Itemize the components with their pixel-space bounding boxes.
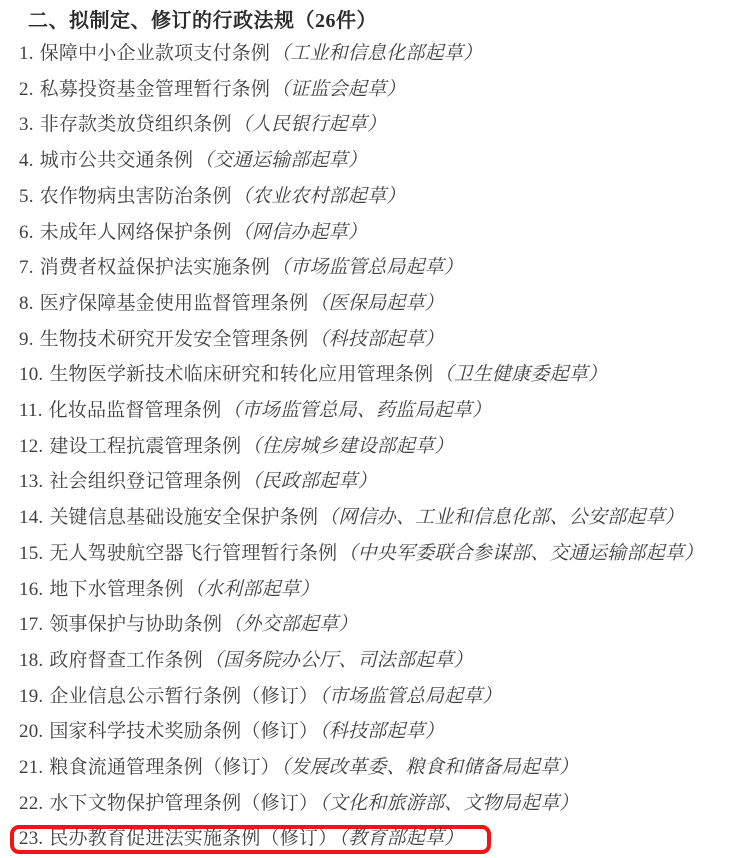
item-number: 12. (19, 429, 43, 465)
list-item: 6.未成年人网络保护条例（网信办起草） (19, 215, 749, 251)
item-name: 生物技术研究开发安全管理条例 (40, 329, 309, 350)
list-item: 23.民办教育促进法实施条例（修订）（教育部起草） (19, 821, 749, 857)
item-name: 建设工程抗震管理条例 (49, 436, 241, 457)
item-agency: （市场监管总局起草） (319, 686, 502, 707)
list-item: 9.生物技术研究开发安全管理条例（科技部起草） (19, 322, 749, 358)
item-number: 6. (19, 215, 34, 251)
item-agency: （卫生健康委起草） (434, 364, 607, 385)
item-number: 23. (19, 829, 43, 849)
item-name: 关键信息基础设施安全保护条例 (49, 507, 318, 528)
list-item-content: 9.生物技术研究开发安全管理条例（科技部起草） (19, 329, 444, 350)
item-agency: （科技部起草） (309, 329, 443, 350)
item-number: 19. (19, 679, 43, 715)
item-number: 10. (19, 357, 43, 393)
item-agency: （国务院办公厅、司法部起草） (204, 650, 473, 671)
regulation-list: 1.保障中小企业款项支付条例（工业和信息化部起草） 2.私募投资基金管理暂行条例… (0, 36, 749, 857)
list-item: 10.生物医学新技术临床研究和转化应用管理条例（卫生健康委起草） (19, 357, 749, 393)
item-agency: （水利部起草） (185, 579, 319, 600)
item-name: 保障中小企业款项支付条例 (40, 43, 270, 64)
item-number: 7. (19, 250, 34, 286)
list-item-content: 15.无人驾驶航空器飞行管理暂行条例（中央军委联合参谋部、交通运输部起草） (19, 543, 703, 564)
item-number: 9. (19, 322, 34, 358)
list-item-content: 3.非存款类放贷组织条例（人民银行起草） (19, 114, 386, 135)
list-item-content: 13.社会组织登记管理条例（民政部起草） (19, 471, 377, 492)
list-item-content: 8.医疗保障基金使用监督管理条例（医保局起草） (19, 293, 444, 314)
list-item: 15.无人驾驶航空器飞行管理暂行条例（中央军委联合参谋部、交通运输部起草） (19, 536, 749, 572)
item-agency: （市场监管总局、药监局起草） (222, 400, 491, 421)
item-number: 21. (19, 750, 43, 786)
item-agency: （人民银行起草） (233, 114, 387, 135)
list-item: 18.政府督查工作条例（国务院办公厅、司法部起草） (19, 643, 749, 679)
list-item: 19.企业信息公示暂行条例（修订）（市场监管总局起草） (19, 679, 749, 715)
item-number: 14. (19, 500, 43, 536)
item-agency: （住房城乡建设部起草） (242, 436, 453, 457)
list-item: 5.农作物病虫害防治条例（农业农村部起草） (19, 179, 749, 215)
item-agency: （外交部起草） (223, 614, 357, 635)
list-item-content: 5.农作物病虫害防治条例（农业农村部起草） (19, 186, 405, 207)
list-item-content: 10.生物医学新技术临床研究和转化应用管理条例（卫生健康委起草） (19, 364, 607, 385)
item-number: 13. (19, 464, 43, 500)
list-item-content: 12.建设工程抗震管理条例（住房城乡建设部起草） (19, 436, 454, 457)
item-name: 生物医学新技术临床研究和转化应用管理条例 (49, 364, 433, 385)
item-number: 17. (19, 607, 43, 643)
item-agency: （工业和信息化部起草） (271, 43, 482, 64)
item-revision: （修订） (261, 828, 338, 849)
item-name: 粮食流通管理条例 (49, 757, 203, 778)
item-agency: （科技部起草） (319, 721, 444, 742)
list-item-content: 11.化妆品监督管理条例（市场监管总局、药监局起草） (19, 400, 491, 421)
item-number: 2. (19, 72, 34, 108)
item-name: 政府督查工作条例 (49, 650, 203, 671)
list-item-content: 22.水下文物保护管理条例（修订）（文化和旅游部、文物局起草） (19, 793, 579, 814)
list-item: 17.领事保护与协助条例（外交部起草） (19, 607, 749, 643)
item-revision: （修订） (241, 721, 318, 742)
item-name: 化妆品监督管理条例 (49, 400, 222, 421)
item-number: 11. (19, 393, 43, 429)
list-item: 8.医疗保障基金使用监督管理条例（医保局起草） (19, 286, 749, 322)
item-agency: （网信办起草） (233, 222, 367, 243)
list-item: 13.社会组织登记管理条例（民政部起草） (19, 464, 749, 500)
list-item: 22.水下文物保护管理条例（修订）（文化和旅游部、文物局起草） (19, 786, 749, 822)
item-agency: （中央军委联合参谋部、交通运输部起草） (338, 543, 703, 564)
item-name: 企业信息公示暂行条例 (49, 686, 241, 707)
item-number: 8. (19, 286, 34, 322)
item-name: 医疗保障基金使用监督管理条例 (40, 293, 309, 314)
item-revision: （修订） (241, 686, 318, 707)
item-name: 领事保护与协助条例 (49, 614, 222, 635)
list-item-content: 20.国家科学技术奖励条例（修订）（科技部起草） (19, 721, 444, 742)
list-item: 11.化妆品监督管理条例（市场监管总局、药监局起草） (19, 393, 749, 429)
item-agency: （农业农村部起草） (233, 186, 406, 207)
list-item-content: 18.政府督查工作条例（国务院办公厅、司法部起草） (19, 650, 473, 671)
item-agency: （网信办、工业和信息化部、公安部起草） (319, 507, 684, 528)
item-agency: （发展改革委、粮食和储备局起草） (281, 757, 579, 778)
item-name: 农作物病虫害防治条例 (40, 186, 232, 207)
list-item-content: 19.企业信息公示暂行条例（修订）（市场监管总局起草） (19, 686, 502, 707)
highlight-box: 23.民办教育促进法实施条例（修订）（教育部起草） (10, 825, 491, 854)
item-number: 18. (19, 643, 43, 679)
list-item: 7.消费者权益保护法实施条例（市场监管总局起草） (19, 250, 749, 286)
item-agency: （民政部起草） (242, 471, 376, 492)
item-name: 国家科学技术奖励条例 (49, 721, 241, 742)
list-item-content: 16.地下水管理条例（水利部起草） (19, 579, 319, 600)
item-name: 地下水管理条例 (49, 579, 183, 600)
item-number: 1. (19, 36, 34, 72)
list-item-content: 21.粮食流通管理条例（修订）（发展改革委、粮食和储备局起草） (19, 757, 578, 778)
item-agency: （医保局起草） (309, 293, 443, 314)
list-item-content: 7.消费者权益保护法实施条例（市场监管总局起草） (19, 257, 463, 278)
item-name: 消费者权益保护法实施条例 (40, 257, 270, 278)
item-agency: （市场监管总局起草） (271, 257, 463, 278)
item-agency: （证监会起草） (271, 79, 405, 100)
item-number: 16. (19, 572, 43, 608)
list-item: 16.地下水管理条例（水利部起草） (19, 572, 749, 608)
item-number: 5. (19, 179, 34, 215)
item-number: 3. (19, 107, 34, 143)
list-item-content: 17.领事保护与协助条例（外交部起草） (19, 614, 358, 635)
list-item: 2.私募投资基金管理暂行条例（证监会起草） (19, 72, 749, 108)
item-name: 未成年人网络保护条例 (40, 222, 232, 243)
list-item-content: 14.关键信息基础设施安全保护条例（网信办、工业和信息化部、公安部起草） (19, 507, 684, 528)
item-agency: （文化和旅游部、文物局起草） (319, 793, 578, 814)
item-number: 15. (19, 536, 43, 572)
item-name: 城市公共交通条例 (40, 150, 194, 171)
list-item-content: 6.未成年人网络保护条例（网信办起草） (19, 222, 367, 243)
list-item-content: 1.保障中小企业款项支付条例（工业和信息化部起草） (19, 43, 482, 64)
list-item: 4.城市公共交通条例（交通运输部起草） (19, 143, 749, 179)
list-item: 21.粮食流通管理条例（修订）（发展改革委、粮食和储备局起草） (19, 750, 749, 786)
list-item: 20.国家科学技术奖励条例（修订）（科技部起草） (19, 714, 749, 750)
item-name: 水下文物保护管理条例 (49, 793, 241, 814)
list-item-content: 4.城市公共交通条例（交通运输部起草） (19, 150, 367, 171)
item-name: 私募投资基金管理暂行条例 (40, 79, 270, 100)
item-name: 非存款类放贷组织条例 (40, 114, 232, 135)
list-item: 12.建设工程抗震管理条例（住房城乡建设部起草） (19, 429, 749, 465)
item-number: 20. (19, 714, 43, 750)
item-revision: （修订） (203, 757, 280, 778)
list-item: 14.关键信息基础设施安全保护条例（网信办、工业和信息化部、公安部起草） (19, 500, 749, 536)
list-item-content: 2.私募投资基金管理暂行条例（证监会起草） (19, 79, 405, 100)
list-item: 1.保障中小企业款项支付条例（工业和信息化部起草） (19, 36, 749, 72)
section-title: 二、拟制定、修订的行政法规（26件） (0, 0, 749, 36)
item-number: 22. (19, 786, 43, 822)
item-name: 社会组织登记管理条例 (49, 471, 241, 492)
item-name: 无人驾驶航空器飞行管理暂行条例 (49, 543, 337, 564)
item-number: 4. (19, 143, 34, 179)
item-name: 民办教育促进法实施条例 (49, 828, 260, 849)
item-agency: （交通运输部起草） (194, 150, 367, 171)
document-page: 二、拟制定、修订的行政法规（26件） 1.保障中小企业款项支付条例（工业和信息化… (0, 0, 749, 858)
item-agency: （教育部起草） (338, 828, 463, 849)
item-revision: （修订） (241, 793, 318, 814)
list-item: 3.非存款类放贷组织条例（人民银行起草） (19, 107, 749, 143)
